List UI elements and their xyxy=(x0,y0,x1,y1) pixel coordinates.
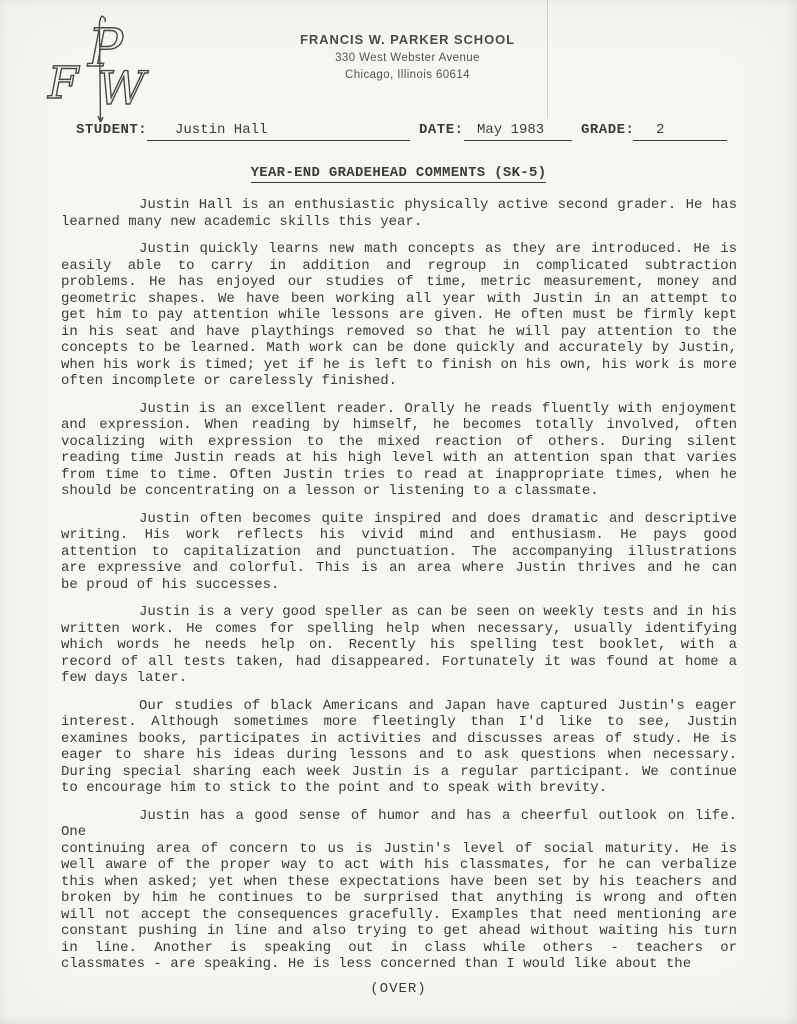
text-line: are expressive and colorful. This is an … xyxy=(61,560,737,577)
date-label: DATE: xyxy=(419,122,464,138)
school-header: FRANCIS W. PARKER SCHOOL 330 West Webste… xyxy=(0,32,797,81)
text-line: Justin is a very good speller as can be … xyxy=(61,604,737,621)
grade-value: 2 xyxy=(656,122,664,138)
text-line: Justin quickly learns new math concepts … xyxy=(61,241,737,258)
text-line: and expression. When reading by himself,… xyxy=(61,417,737,434)
text-line: Justin is an excellent reader. Orally he… xyxy=(61,401,737,418)
date-underline: May 1983 xyxy=(464,120,572,141)
text-line: this when asked; yet when these expectat… xyxy=(61,874,737,891)
grade-label: GRADE: xyxy=(581,122,634,138)
date-value: May 1983 xyxy=(477,122,544,138)
text-line: Justin has a good sense of humor and has… xyxy=(61,808,737,841)
text-line: classmates - are speaking. He is less co… xyxy=(61,956,737,973)
paragraph: Justin often becomes quite inspired and … xyxy=(61,511,737,594)
paragraph: Justin is a very good speller as can be … xyxy=(61,604,737,687)
paragraph: Justin quickly learns new math concepts … xyxy=(61,241,737,390)
text-line: interest. Although sometimes more fleeti… xyxy=(61,714,737,731)
text-line: will not accept the consequences gracefu… xyxy=(61,907,737,924)
page-title: YEAR-END GRADEHEAD COMMENTS (SK-5) xyxy=(251,165,547,183)
text-line: should be concentrating on a lesson or l… xyxy=(61,483,737,500)
student-info-row: STUDENT: Justin Hall DATE: May 1983 GRAD… xyxy=(0,120,797,144)
text-line: Justin Hall is an enthusiastic physicall… xyxy=(61,197,737,214)
text-line: During special sharing each week Justin … xyxy=(61,764,737,781)
text-line: few days later. xyxy=(61,670,737,687)
school-address-city: Chicago, Illinois 60614 xyxy=(18,69,797,81)
scanned-report-page: P F W FRANCIS W. PARKER SCHOOL 330 West … xyxy=(0,0,797,1024)
text-line: eager to share his ideas during lessons … xyxy=(61,747,737,764)
paragraph: Justin Hall is an enthusiastic physicall… xyxy=(61,197,737,230)
student-value: Justin Hall xyxy=(175,122,267,138)
student-underline: Justin Hall xyxy=(147,120,410,141)
title-row: YEAR-END GRADEHEAD COMMENTS (SK-5) xyxy=(0,163,797,183)
text-line: writing. His work reflects his vivid min… xyxy=(61,527,737,544)
text-line: geometric shapes. We have been working a… xyxy=(61,291,737,308)
text-line: examines books, participates in activiti… xyxy=(61,731,737,748)
text-line: problems. He has enjoyed our studies of … xyxy=(61,274,737,291)
text-line: concepts to be learned. Math work can be… xyxy=(61,340,737,357)
text-line: vocalizing with expression to the mixed … xyxy=(61,434,737,451)
text-line: constant pushing in line and also trying… xyxy=(61,923,737,940)
text-line: broken by him he continues to be surpris… xyxy=(61,890,737,907)
body: Justin Hall is an enthusiastic physicall… xyxy=(61,197,737,984)
text-line: record of all tests taken, had disappear… xyxy=(61,654,737,671)
over-footnote: (OVER) xyxy=(0,981,797,997)
text-line: learned many new academic skills this ye… xyxy=(61,214,737,231)
text-line: Our studies of black Americans and Japan… xyxy=(61,698,737,715)
text-line: Justin often becomes quite inspired and … xyxy=(61,511,737,528)
text-line: attention to capitalization and punctuat… xyxy=(61,544,737,561)
text-line: in line. Another is speaking out in clas… xyxy=(61,940,737,957)
text-line: written work. He comes for spelling help… xyxy=(61,621,737,638)
text-line: easily able to carry in addition and reg… xyxy=(61,258,737,275)
text-line: in his seat and have playthings removed … xyxy=(61,324,737,341)
student-label: STUDENT: xyxy=(76,122,147,138)
paragraph: Justin has a good sense of humor and has… xyxy=(61,808,737,973)
paragraph: Our studies of black Americans and Japan… xyxy=(61,698,737,797)
school-address-street: 330 West Webster Avenue xyxy=(18,52,797,64)
text-line: be proud of his successes. xyxy=(61,577,737,594)
text-line: which words he needs help on. Recently h… xyxy=(61,637,737,654)
text-line: from time to time. Often Justin tries to… xyxy=(61,467,737,484)
text-line: when his work is timed; yet if he is lef… xyxy=(61,357,737,374)
paragraph: Justin is an excellent reader. Orally he… xyxy=(61,401,737,500)
text-line: reading time Justin reads at his high le… xyxy=(61,450,737,467)
text-line: often incomplete or carelessly finished. xyxy=(61,373,737,390)
text-line: to encourage him to stick to the point a… xyxy=(61,780,737,797)
text-line: get him to pay attention while lessons a… xyxy=(61,307,737,324)
grade-underline: 2 xyxy=(633,120,727,141)
text-line: continuing area of concern to us is Just… xyxy=(61,841,737,858)
school-name: FRANCIS W. PARKER SCHOOL xyxy=(18,32,797,47)
text-line: well aware of the proper way to act with… xyxy=(61,857,737,874)
